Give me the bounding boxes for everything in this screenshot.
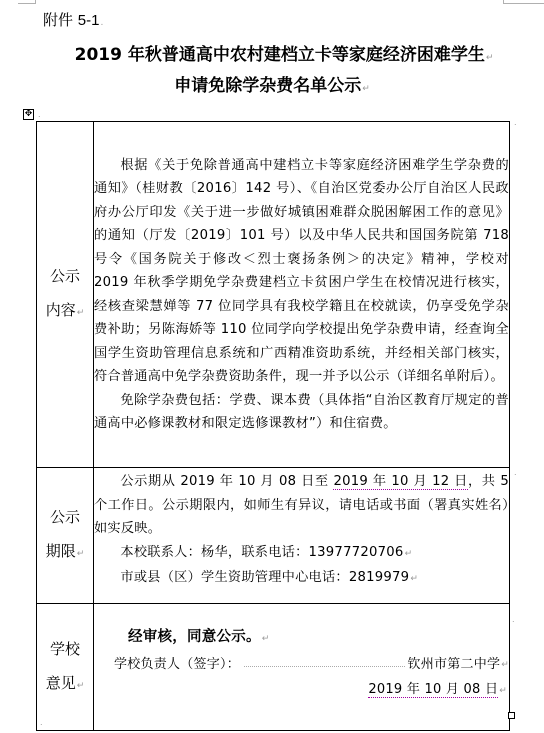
notice-table: 公示 内容↵ 根据《关于免除普通高中建档立卡等家庭经济困难学生学杂费的通知》（桂… xyxy=(36,121,510,731)
signer-label: 学校负责人（签字）： xyxy=(114,652,240,678)
content-cell-opinion[interactable]: 经审核，同意公示。↵ 学校负责人（签字）： 钦州市第二中学↵ 2019 年 10… xyxy=(94,604,510,731)
table-row-period: 公示 期限↵ 公示期从 2019 年 10 月 08 日至 2019 年 10 … xyxy=(37,468,510,604)
paragraph-mark: ↵ xyxy=(77,308,85,318)
attachment-text: 附件 xyxy=(43,11,73,29)
signature-field[interactable] xyxy=(244,666,405,667)
paragraph-mark: ↵ xyxy=(77,681,85,691)
school-name: 钦州市第二中学 xyxy=(407,652,500,678)
paragraph-mark: ↵ xyxy=(410,574,418,584)
paragraph-mark: . xyxy=(38,110,41,119)
label-cell-content: 公示 内容↵ xyxy=(37,122,94,468)
period-paragraph: 公示期从 2019 年 10 月 08 日至 2019 年 10 月 12 日，… xyxy=(94,470,509,541)
label-line-2: 期限 xyxy=(46,542,76,560)
row-end-mark: . xyxy=(512,615,515,624)
title-line-1-text: 2019 年秋普通高中农村建档立卡等家庭经济困难学生 xyxy=(75,45,485,65)
label-line-1: 学校 xyxy=(37,632,93,666)
paragraph-mark: ↵ xyxy=(499,686,507,696)
row-end-mark: . xyxy=(514,118,517,127)
table-resize-handle[interactable] xyxy=(508,712,515,719)
title-line-2-text: 申请免除学杂费名单公示 xyxy=(174,76,361,96)
page-corner-mark-right xyxy=(503,0,544,4)
table-row-opinion: 学校 意见↵ 经审核，同意公示。↵ 学校负责人（签字）： 钦州市第二中学↵ 20… xyxy=(37,604,510,731)
period-end-date: 2019 年 10 月 12 日 xyxy=(333,474,468,490)
table-row-content: 公示 内容↵ 根据《关于免除普通高中建档立卡等家庭经济困难学生学杂费的通知》（桂… xyxy=(37,122,510,468)
table-move-handle-icon[interactable]: ✥ xyxy=(23,109,34,120)
center-phone-line: 市或县（区）学生资助管理中心电话：2819979↵ xyxy=(94,566,509,592)
paragraph-mark: ↵ xyxy=(405,549,413,559)
content-cell-notice[interactable]: 根据《关于免除普通高中建档立卡等家庭经济困难学生学杂费的通知》（桂财教〔2016… xyxy=(94,122,510,468)
center-phone-text: 市或县（区）学生资助管理中心电话：2819979 xyxy=(120,570,409,585)
document-title-line-2: 申请免除学杂费名单公示↵ xyxy=(0,74,544,101)
paragraph-mark: ↵ xyxy=(501,652,509,678)
approval-text: 经审核，同意公示。↵ xyxy=(94,624,509,652)
notice-paragraph-2: 免除学杂费包括：学费、课本费（具体指“自治区教育厅规定的普通高中必修课教材和限定… xyxy=(94,389,509,436)
contact-text: 本校联系人：杨华，联系电话：13977720706 xyxy=(120,545,403,560)
signature-date: 2019 年 10 月 08 日 xyxy=(368,682,498,698)
paragraph-mark: ↵ xyxy=(486,53,494,63)
label-line-2: 意见 xyxy=(46,674,76,692)
label-line-2: 内容 xyxy=(46,301,76,319)
period-start-text: 公示期从 2019 年 10 月 08 日至 xyxy=(120,474,333,489)
row-end-mark: . xyxy=(514,468,517,477)
paragraph-mark: ↵ xyxy=(262,634,270,644)
document-title-line-1: 2019 年秋普通高中农村建档立卡等家庭经济困难学生↵ xyxy=(12,43,544,70)
attachment-label: 附件 5-1. xyxy=(43,10,103,33)
page-corner-mark-left xyxy=(18,0,36,4)
paragraph-mark: ↵ xyxy=(77,549,85,559)
signature-line: 学校负责人（签字）： 钦州市第二中学↵ xyxy=(94,652,509,678)
paragraph-mark: . xyxy=(40,718,43,727)
label-line-1: 公示 xyxy=(37,500,93,534)
paragraph-mark: . xyxy=(100,18,103,28)
content-cell-period[interactable]: 公示期从 2019 年 10 月 08 日至 2019 年 10 月 12 日，… xyxy=(94,468,510,604)
approval-statement: 经审核，同意公示。 xyxy=(128,629,261,645)
notice-paragraph-1: 根据《关于免除普通高中建档立卡等家庭经济困难学生学杂费的通知》（桂财教〔2016… xyxy=(94,154,509,389)
label-cell-opinion: 学校 意见↵ xyxy=(37,604,94,731)
label-line-1: 公示 xyxy=(37,259,93,293)
contact-line: 本校联系人：杨华，联系电话：13977720706↵ xyxy=(94,541,509,567)
attachment-number: 5-1 xyxy=(78,12,100,29)
paragraph-mark: ↵ xyxy=(362,84,370,94)
signature-date-line: 2019 年 10 月 08 日↵ xyxy=(94,678,509,703)
label-cell-period: 公示 期限↵ xyxy=(37,468,94,604)
